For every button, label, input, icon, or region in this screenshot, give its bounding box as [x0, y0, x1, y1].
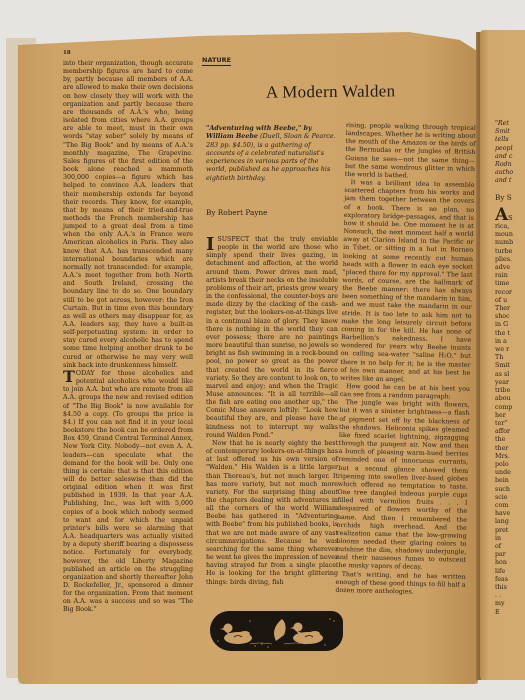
next-line: in — [495, 535, 525, 543]
next-line: time — [495, 280, 525, 288]
left-article-column: into their organization, though accurate… — [63, 60, 193, 615]
next-dropcap: A — [495, 205, 508, 225]
next-line: have — [495, 510, 525, 518]
next-intro-line: "Ret — [495, 120, 525, 128]
next-line: Mrs. — [495, 453, 525, 461]
next-line: hon — [495, 559, 525, 567]
next-line: plies. — [495, 256, 525, 264]
next-line: turbe — [495, 248, 525, 256]
next-intro-line: tells — [495, 136, 525, 144]
next-line: adve — [495, 264, 525, 272]
next-line: scie — [495, 494, 525, 502]
section-label: NATURE — [202, 56, 231, 66]
next-line: of u — [495, 297, 525, 305]
next-line: Ther — [495, 305, 525, 313]
byline: By Robert Payne — [206, 208, 268, 217]
middle-article-column: ISUSPECT that the truly enviable people … — [206, 236, 338, 587]
next-line: my — [495, 600, 525, 608]
next-line: abou — [495, 395, 525, 403]
left-paragraph-today: TODAY for those alcoholics and potential… — [63, 370, 193, 615]
dropcap-i: I — [206, 237, 214, 252]
middle-paragraph: Now that he is nearly eighty the best of… — [206, 440, 338, 587]
ducks-illustration — [210, 611, 343, 651]
block-quote: The jungle was bright with flowers, but … — [336, 399, 470, 573]
next-intro-line: peopl — [495, 145, 525, 153]
next-line: rain — [495, 272, 525, 280]
next-byline: By S — [495, 194, 525, 202]
next-line: recor — [495, 289, 525, 297]
next-line: the — [495, 436, 525, 444]
next-line: com — [495, 502, 525, 510]
book-review-intro: "Adventuring with Beebe," by William Bee… — [206, 124, 338, 182]
next-line: par — [495, 551, 525, 559]
next-line: as sl — [495, 371, 525, 379]
next-intro-line: and c — [495, 153, 525, 161]
next-intro-line: Smit — [495, 128, 525, 136]
next-line: this — [495, 584, 525, 592]
next-line: unde — [495, 469, 525, 477]
next-line: lang — [495, 518, 525, 526]
next-body-text: AS — [495, 208, 525, 223]
next-line: feas — [495, 576, 525, 584]
next-intro-line: and t — [495, 177, 525, 185]
right-article-column: rising, people walking through tropical … — [335, 122, 476, 598]
next-line: shoc — [495, 313, 525, 321]
next-line: in a — [495, 338, 525, 346]
next-intro-line: Rodn — [495, 161, 525, 169]
next-line: such — [495, 486, 525, 494]
opening-paragraph: ISUSPECT that the truly enviable people … — [206, 236, 338, 440]
duck-woodcut-icon — [210, 611, 343, 651]
next-intro-line: autho — [495, 169, 525, 177]
next-line: pret — [495, 527, 525, 535]
next-line: polo — [495, 461, 525, 469]
next-line: of — [495, 543, 525, 551]
next-line: year — [495, 379, 525, 387]
next-page-fragment: "Ret Smit tells peopl and c Rodn autho a… — [495, 120, 525, 617]
next-line: Smit — [495, 362, 525, 370]
next-line: ter" — [495, 420, 525, 428]
next-line: tribe — [495, 387, 525, 395]
closing-paragraph: That's writing, and he has written enoug… — [335, 570, 466, 597]
next-line: Th — [495, 354, 525, 362]
right-paragraph: rising, people walking through tropical … — [345, 122, 476, 182]
next-line: her — [495, 412, 525, 420]
left-paragraph: into their organization, though accurate… — [63, 60, 193, 370]
right-paragraph: It was a brilliant idea to assemble scat… — [340, 179, 475, 386]
next-line: affor — [495, 428, 525, 436]
next-line: life — [495, 568, 525, 576]
dropcap-t: T — [63, 371, 75, 383]
next-line: moun — [495, 231, 525, 239]
next-line: rica, — [495, 223, 525, 231]
next-line: numb — [495, 239, 525, 247]
next-line: in G — [495, 321, 525, 329]
next-line: comp — [495, 404, 525, 412]
next-line: we r — [495, 346, 525, 354]
next-line: E — [495, 609, 525, 617]
next-line: bein — [495, 477, 525, 485]
next-line: the t — [495, 330, 525, 338]
page-number: 18 — [63, 50, 71, 56]
next-line: ther — [495, 445, 525, 453]
article-headline: A Modern Walden — [266, 81, 396, 102]
next-line: . . — [495, 592, 525, 600]
